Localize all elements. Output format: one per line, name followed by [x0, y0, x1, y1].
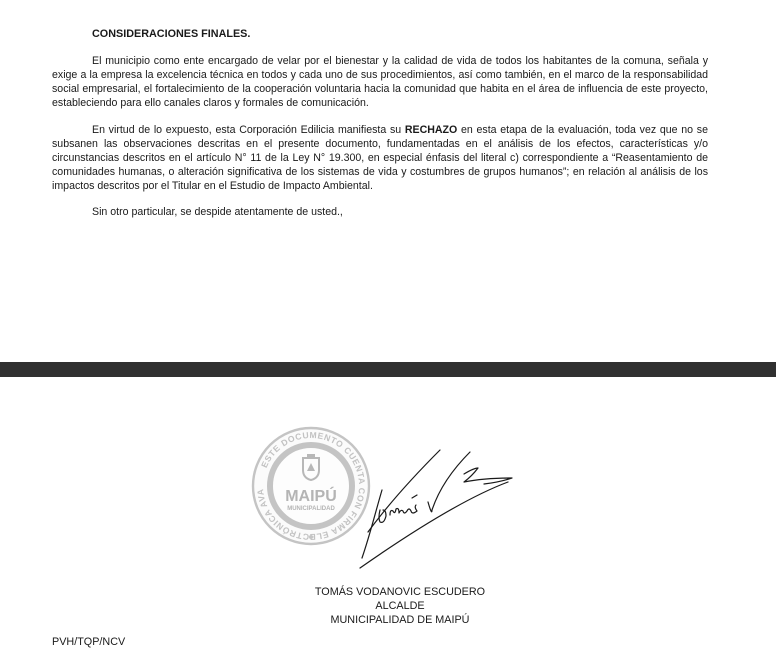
paragraph-1-text: El municipio como ente encargado de vela… — [52, 55, 708, 111]
paragraph-2: En virtud de lo expuesto, esta Corporaci… — [52, 124, 708, 194]
paragraph-2-pre: En virtud de lo expuesto, esta Corporaci… — [92, 124, 405, 136]
closing-text: Sin otro particular, se despide atentame… — [52, 206, 708, 220]
signatory-name: TOMÁS VODANOVIC ESCUDERO — [250, 586, 550, 600]
signature-icon — [340, 440, 520, 580]
signatory-block: TOMÁS VODANOVIC ESCUDERO ALCALDE MUNICIP… — [250, 586, 550, 628]
handwritten-signature — [340, 440, 520, 585]
seal-name: MAIPÚ — [285, 486, 337, 505]
seal-subtitle: MUNICIPALIDAD — [287, 506, 335, 512]
rejection-keyword: RECHAZO — [405, 124, 457, 136]
paragraph-2-text: En virtud de lo expuesto, esta Corporaci… — [52, 124, 708, 194]
reference-initials: PVH/TQP/NCV — [52, 636, 125, 648]
signatory-title: ALCALDE — [250, 600, 550, 614]
paragraph-1: El municipio como ente encargado de vela… — [52, 55, 708, 111]
signatory-institution: MUNICIPALIDAD DE MAIPÚ — [250, 614, 550, 628]
closing-paragraph: Sin otro particular, se despide atentame… — [52, 206, 708, 220]
section-heading: CONSIDERACIONES FINALES. — [92, 28, 250, 40]
document-page: CONSIDERACIONES FINALES. El municipio co… — [0, 0, 776, 362]
page-divider — [0, 362, 776, 377]
